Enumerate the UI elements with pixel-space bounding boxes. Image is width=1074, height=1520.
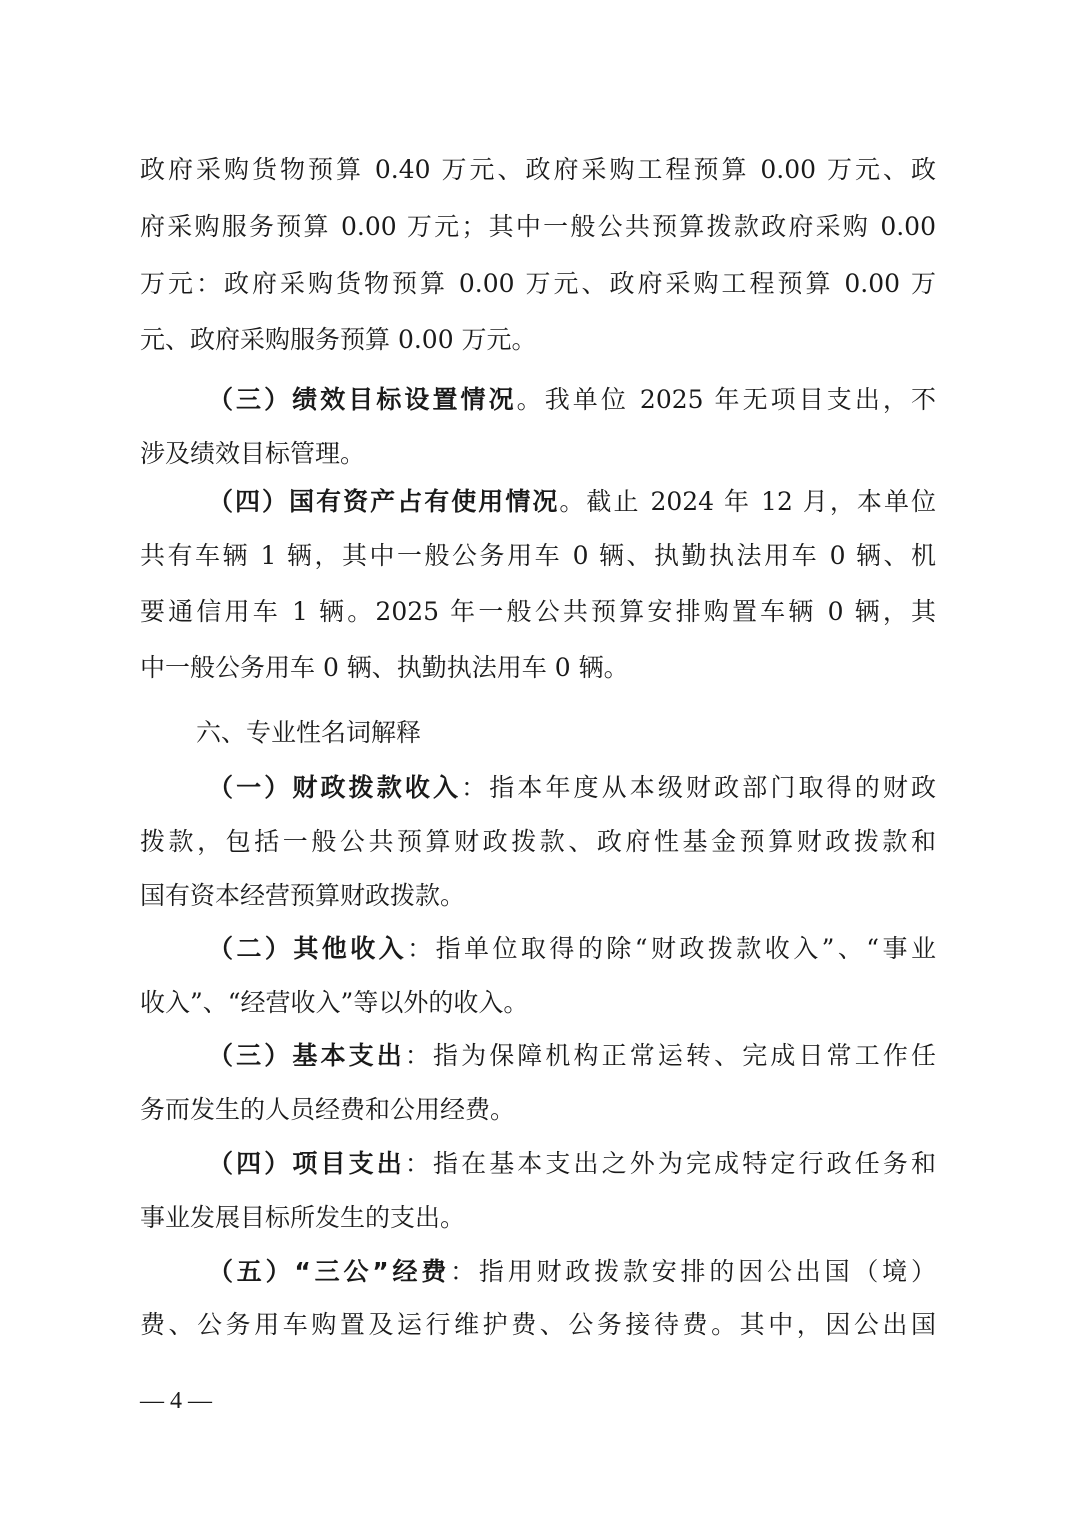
body-text-line: 拨款，包括一般公共预算财政拨款、政府性基金预算财政拨款和	[140, 822, 936, 862]
term-other-income-first-line: （二）其他收入：指单位取得的除“财政拨款收入”、“事业	[208, 929, 936, 969]
body-text-line: 务而发生的人员经费和公用经费。	[140, 1090, 936, 1130]
body-text-line: 国有资本经营预算财政拨款。	[140, 876, 936, 916]
state-assets-heading: （四）国有资产占有使用情况	[208, 487, 559, 516]
term-heading: （二）其他收入	[208, 934, 407, 963]
term-fiscal-income-first-line: （一）财政拨款收入：指本年度从本级财政部门取得的财政	[208, 768, 936, 808]
term-colon: ：	[450, 1257, 479, 1286]
term-heading: （三）基本支出	[208, 1041, 405, 1070]
term-project-expenditure-first-line: （四）项目支出：指在基本支出之外为完成特定行政任务和	[208, 1144, 936, 1184]
term-colon: ：	[405, 1041, 433, 1070]
state-assets-paragraph-first-line: （四）国有资产占有使用情况。截止 2024 年 12 月，本单位	[208, 482, 936, 522]
body-text-line: 政府采购货物预算 0.40 万元、政府采购工程预算 0.00 万元、政	[140, 150, 936, 190]
heading-punctuation: 。	[517, 385, 545, 414]
body-text-line: 收入”、“经营收入”等以外的收入。	[140, 983, 936, 1023]
term-three-public-expenses-first-line: （五）“三公”经费：指用财政拨款安排的因公出国（境）	[208, 1252, 936, 1292]
body-text-line: 共有车辆 1 辆，其中一般公务用车 0 辆、执勤执法用车 0 辆、机	[140, 536, 936, 576]
body-text-line: 涉及绩效目标管理。	[140, 434, 936, 474]
body-text-line: 费、公务用车购置及运行维护费、公务接待费。其中，因公出国	[140, 1305, 936, 1345]
page-number: — 4 —	[140, 1386, 212, 1416]
term-colon: ：	[407, 934, 435, 963]
term-definition: 指用财政拨款安排的因公出国（境）	[479, 1257, 936, 1286]
term-heading: （一）财政拨款收入	[208, 773, 461, 802]
document-page: 政府采购货物预算 0.40 万元、政府采购工程预算 0.00 万元、政 府采购服…	[0, 0, 1074, 1520]
term-definition: 指本年度从本级财政部门取得的财政	[489, 773, 936, 802]
term-basic-expenditure-first-line: （三）基本支出：指为保障机构正常运转、完成日常工作任	[208, 1036, 936, 1076]
term-definition: 指为保障机构正常运转、完成日常工作任	[433, 1041, 936, 1070]
section-six-title: 六、专业性名词解释	[196, 713, 936, 753]
body-text-line: 万元：政府采购货物预算 0.00 万元、政府采购工程预算 0.00 万	[140, 264, 936, 304]
performance-goals-paragraph-first-line: （三）绩效目标设置情况。我单位 2025 年无项目支出，不	[208, 380, 936, 420]
term-heading: （四）项目支出	[208, 1149, 405, 1178]
body-text-line: 要通信用车 1 辆。2025 年一般公共预算安排购置车辆 0 辆，其	[140, 592, 936, 632]
body-text-line: 中一般公务用车 0 辆、执勤执法用车 0 辆。	[140, 648, 936, 688]
body-text-line: 元、政府采购服务预算 0.00 万元。	[140, 320, 936, 360]
term-definition: 指在基本支出之外为完成特定行政任务和	[433, 1149, 936, 1178]
term-colon: ：	[461, 773, 489, 802]
term-definition: 指单位取得的除“财政拨款收入”、“事业	[436, 934, 936, 963]
heading-punctuation: 。	[559, 487, 586, 516]
body-text-line: 事业发展目标所发生的支出。	[140, 1198, 936, 1238]
term-heading: （五）“三公”经费	[208, 1257, 450, 1286]
body-text-line: 府采购服务预算 0.00 万元；其中一般公共预算拨款政府采购 0.00	[140, 207, 936, 247]
term-colon: ：	[405, 1149, 433, 1178]
body-text: 截止 2024 年 12 月，本单位	[586, 487, 936, 516]
performance-goals-heading: （三）绩效目标设置情况	[208, 385, 517, 414]
body-text: 我单位 2025 年无项目支出，不	[545, 385, 936, 414]
